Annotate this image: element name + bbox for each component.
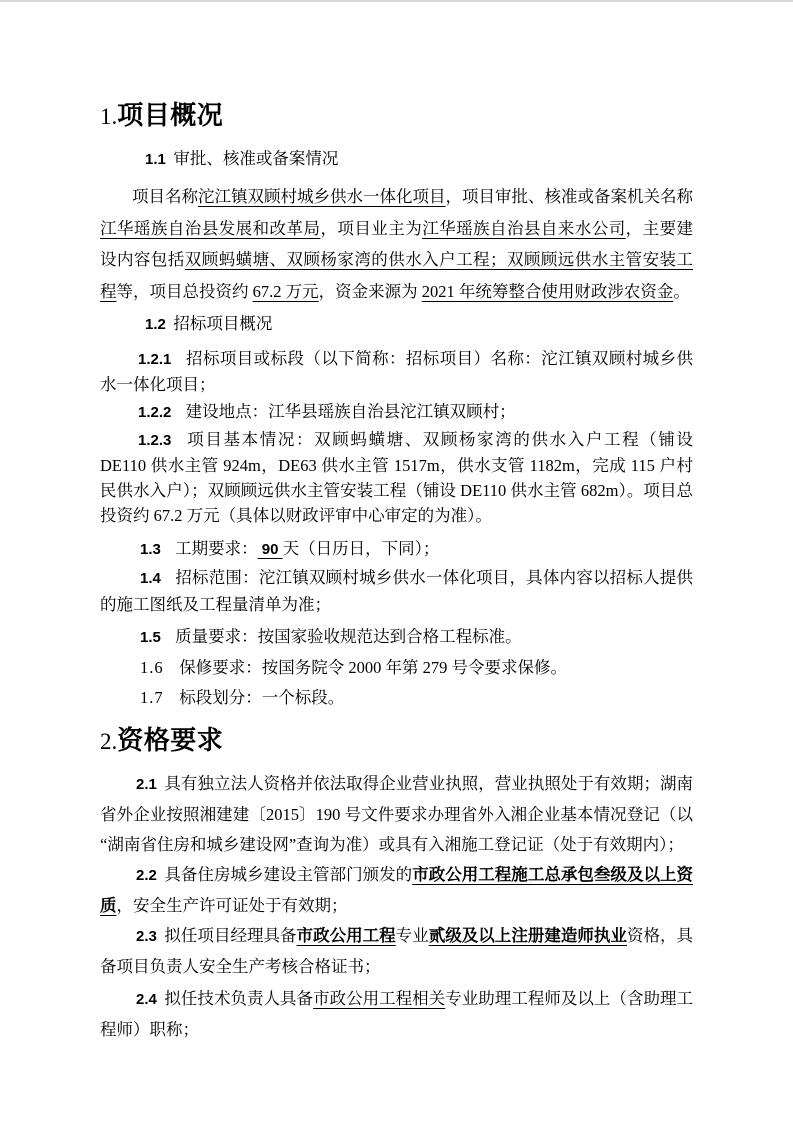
para-1-2-tender-overview: 1.2招标项目概况 — [100, 311, 693, 338]
body-text: 审批、核准或备案情况 — [173, 149, 338, 168]
body-text: 工期要求： — [175, 539, 258, 558]
para-1-3-duration: 1.3工期要求： 90 天（日历日，下同）； — [100, 536, 693, 563]
body-text: 质量要求：按国家验收规范达到合格工程标准。 — [175, 627, 522, 646]
para-1-5-quality: 1.5质量要求：按国家验收规范达到合格工程标准。 — [100, 624, 693, 651]
body-text: 项目基本情况：双顾蚂蟥塘、双顾杨家湾的供水入户工程（铺设 DE110 供水主管 … — [100, 430, 693, 525]
para-2-4-technical-lead: 2.4拟任技术负责人具备市政公用工程相关专业助理工程师及以上（含助理工程师）职称… — [100, 984, 693, 1045]
clause-number: 1.2.3 — [138, 432, 171, 449]
body-text: ，项目审批、核准或备案机关名称 — [446, 187, 694, 206]
underlined-value-text: 沱江镇双顾村城乡供水一体化项目 — [198, 187, 446, 206]
clause-number: 1.7 — [140, 688, 164, 707]
section-1-number: 1. — [100, 104, 117, 129]
clause-number: 1.3 — [140, 541, 161, 558]
body-text: 招标项目概况 — [173, 314, 272, 333]
body-text: 建设地点：江华县瑶族自治县沱江镇双顾村； — [186, 402, 516, 421]
body-text: 天（日历日，下同）； — [283, 539, 440, 558]
clause-number: 2.4 — [136, 991, 157, 1008]
body-text: 拟任项目经理具备 — [164, 926, 296, 945]
para-1-2-2-location: 1.2.2建设地点：江华县瑶族自治县沱江镇双顾村； — [100, 399, 693, 425]
body-text: 专业 — [396, 926, 429, 945]
clause-number: 2.3 — [136, 928, 157, 945]
section-1-heading: 1.项目概况 — [100, 96, 693, 136]
underlined-value-text: 67.2 万元 — [253, 282, 319, 301]
underlined-value-text: 江华瑶族自治县自来水公司 — [422, 219, 625, 238]
section-2-title: 资格要求 — [117, 725, 223, 755]
underlined-value-text: 90 — [258, 541, 283, 558]
body-text: 具备住房城乡建设主管部门颁发的 — [164, 865, 412, 884]
document-page: 1.项目概况 1.1审批、核准或备案情况 项目名称沱江镇双顾村城乡供水一体化项目… — [0, 0, 793, 1122]
section-2-number: 2. — [100, 729, 117, 754]
para-1-6-warranty: 1.6保修要求：按国务院令 2000 年第 279 号令要求保修。 — [100, 655, 693, 681]
para-2-1-legal-qualification: 2.1具有独立法人资格并依法取得企业营业执照，营业执照处于有效期；湖南省外企业按… — [100, 769, 693, 860]
section-1-title: 项目概况 — [117, 100, 223, 130]
clause-number: 1.1 — [145, 151, 166, 168]
body-text: ，资金来源为 — [319, 282, 422, 301]
body-text: 招标范围：沱江镇双顾村城乡供水一体化项目，具体内容以招标人提供的施工图纸及工程量… — [100, 568, 693, 614]
para-2-2-contractor-grade: 2.2具备住房城乡建设主管部门颁发的市政公用工程施工总承包叁级及以上资质，安全生… — [100, 860, 693, 921]
body-text: 招标项目或标段（以下简称：招标项目）名称：沱江镇双顾村城乡供水一体化项目； — [100, 349, 693, 394]
underlined-value-text: 市政公用工程相关 — [313, 989, 445, 1008]
body-text: 标段划分：一个标段。 — [179, 688, 344, 707]
requirement-emphasis-text: 贰级及以上注册建造师执业 — [429, 926, 627, 945]
body-text: ，安全生产许可证处于有效期； — [117, 896, 348, 915]
clause-number: 1.2 — [145, 316, 166, 333]
para-1-1-approval-status: 1.1审批、核准或备案情况 — [100, 146, 693, 173]
clause-number: 1.5 — [140, 629, 161, 646]
body-text: 具有独立法人资格并依法取得企业营业执照，营业执照处于有效期；湖南省外企业按照湘建… — [100, 774, 693, 854]
para-project-overview: 项目名称沱江镇双顾村城乡供水一体化项目，项目审批、核准或备案机关名称江华瑶族自治… — [100, 181, 693, 307]
clause-number: 1.2.2 — [138, 404, 171, 421]
clause-number: 1.4 — [140, 570, 161, 587]
para-1-2-3-basic-info: 1.2.3项目基本情况：双顾蚂蟥塘、双顾杨家湾的供水入户工程（铺设 DE110 … — [100, 427, 693, 528]
para-1-2-1-tender-name: 1.2.1招标项目或标段（以下简称：招标项目）名称：沱江镇双顾村城乡供水一体化项… — [100, 346, 693, 397]
para-2-3-project-manager: 2.3拟任项目经理具备市政公用工程专业贰级及以上注册建造师执业资格，具备项目负责… — [100, 921, 693, 982]
body-text: 等，项目总投资约 — [117, 282, 253, 301]
section-2-heading: 2.资格要求 — [100, 721, 693, 761]
body-text: 项目名称 — [132, 187, 198, 206]
body-text: ，项目业主为 — [320, 219, 422, 238]
underlined-value-text: 江华瑶族自治县发展和改革局 — [100, 219, 320, 238]
clause-number: 1.6 — [140, 658, 164, 677]
clause-number: 1.2.1 — [138, 351, 171, 368]
clause-number: 2.1 — [136, 776, 157, 793]
underlined-value-text: 2021 年统筹整合使用财政涉农资金 — [422, 282, 674, 301]
requirement-emphasis-text: 市政公用工程 — [297, 926, 396, 945]
clause-number: 2.2 — [136, 867, 157, 884]
para-1-4-scope: 1.4招标范围：沱江镇双顾村城乡供水一体化项目，具体内容以招标人提供的施工图纸及… — [100, 565, 693, 618]
body-text: 保修要求：按国务院令 2000 年第 279 号令要求保修。 — [179, 658, 567, 677]
body-text: 。 — [673, 282, 690, 301]
para-1-7-lot-division: 1.7标段划分：一个标段。 — [100, 685, 693, 711]
body-text: 拟任技术负责人具备 — [164, 989, 313, 1008]
